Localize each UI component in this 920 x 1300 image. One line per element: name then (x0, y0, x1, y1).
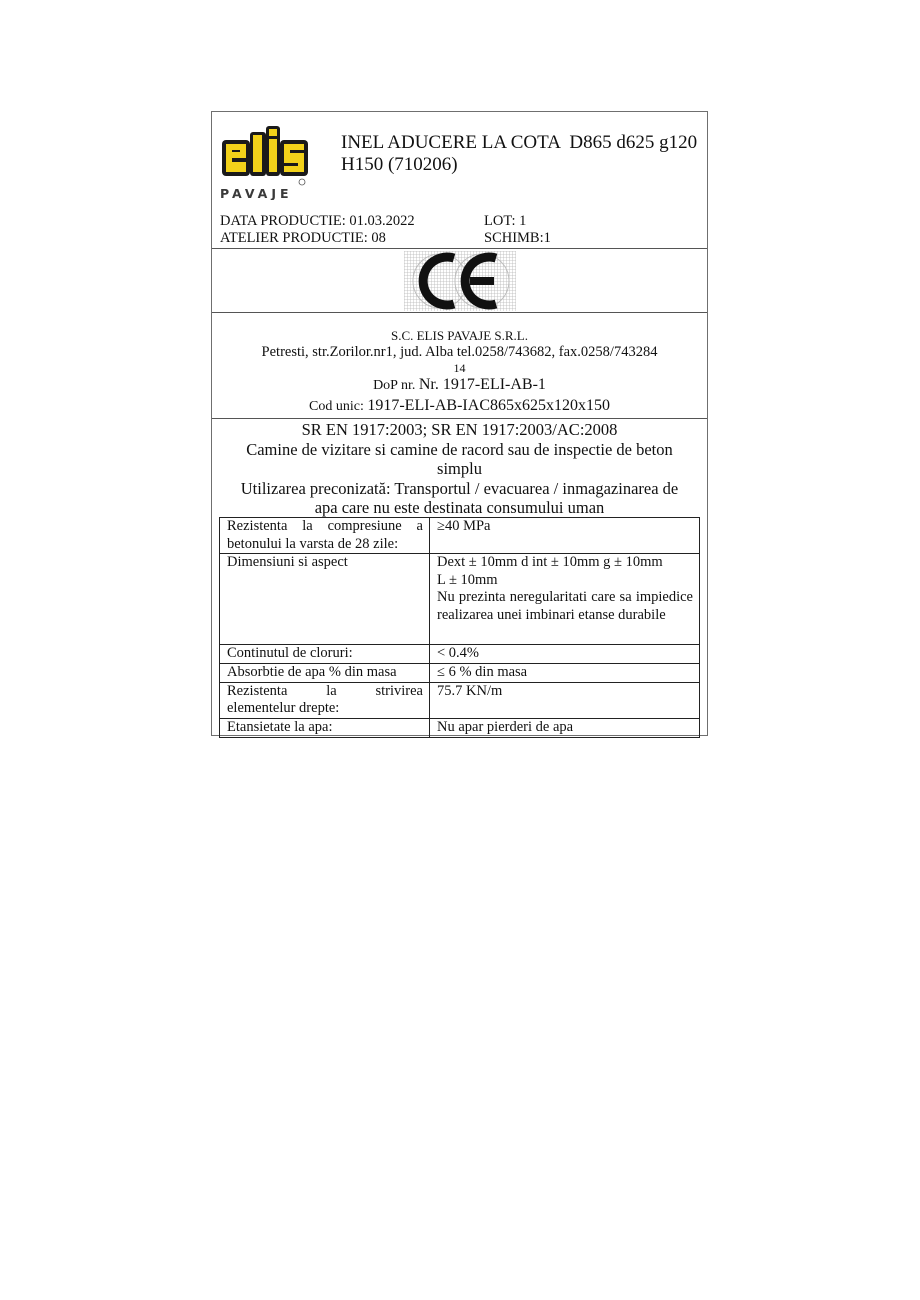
ce-mark (404, 251, 516, 311)
table-row: Rezistenta la strivirea elementelur drep… (220, 682, 700, 718)
property-value: < 0.4% (430, 645, 700, 664)
divider (212, 418, 707, 419)
table-row: Rezistenta la compresiune a betonului la… (220, 518, 700, 554)
property-value-line: Nu prezinta neregularitati care sa impie… (437, 589, 693, 624)
intended-use: Utilizarea preconizată: Transportul / ev… (212, 479, 707, 518)
properties-table: Rezistenta la compresiune a betonului la… (219, 517, 700, 738)
property-value-line: L ± 10mm (437, 572, 693, 590)
table-row: Dimensiuni si aspect Dext ± 10mm d int ±… (220, 554, 700, 645)
property-value: Dext ± 10mm d int ± 10mm g ± 10mm L ± 10… (430, 554, 700, 645)
company-year: 14 (212, 361, 707, 375)
standard-norms: SR EN 1917:2003; SR EN 1917:2003/AC:2008 (212, 420, 707, 440)
property-value: 75.7 KN/m (430, 682, 700, 718)
svg-text:PAVAJE: PAVAJE (220, 186, 293, 200)
property-value: ≥40 MPa (430, 518, 700, 554)
dop-number: DoP nr. Nr. 1917-ELI-AB-1 (212, 375, 707, 396)
product-title: INEL ADUCERE LA COTA D865 d625 g120 H150… (341, 132, 701, 176)
product-title-line1: INEL ADUCERE LA COTA D865 d625 g120 (341, 132, 701, 154)
product-label: PAVAJE INEL ADUCERE LA COTA D865 d625 g1… (211, 111, 708, 736)
property-value: ≤ 6 % din masa (430, 664, 700, 683)
property-key: Rezistenta la compresiune a betonului la… (220, 518, 430, 554)
production-date: DATA PRODUCTIE: 01.03.2022 (220, 213, 415, 230)
property-key: Continutul de cloruri: (220, 645, 430, 664)
property-key: Dimensiuni si aspect (220, 554, 430, 645)
unique-code: Cod unic: 1917-ELI-AB-IAC865x625x120x150 (212, 396, 707, 417)
code-prefix: Cod unic: (309, 399, 367, 414)
table-row: Absorbtie de apa % din masa ≤ 6 % din ma… (220, 664, 700, 683)
divider (212, 312, 707, 313)
code-value: 1917-ELI-AB-IAC865x625x120x150 (367, 397, 610, 414)
dop-value: Nr. 1917-ELI-AB-1 (419, 376, 546, 393)
shift-number: SCHIMB:1 (484, 230, 551, 247)
ce-mark-icon (404, 251, 516, 311)
dop-prefix: DoP nr. (373, 378, 419, 393)
product-title-line2: H150 (710206) (341, 154, 701, 176)
standard-description: Camine de vizitare si camine de racord s… (212, 440, 707, 479)
property-key: Etansietate la apa: (220, 718, 430, 737)
table-row: Etansietate la apa: Nu apar pierderi de … (220, 718, 700, 737)
property-value-line: Dext ± 10mm d int ± 10mm g ± 10mm (437, 554, 693, 572)
standard-info: SR EN 1917:2003; SR EN 1917:2003/AC:2008… (212, 420, 707, 518)
divider (212, 248, 707, 249)
company-address: Petresti, str.Zorilor.nr1, jud. Alba tel… (212, 344, 707, 361)
company-info: S.C. ELIS PAVAJE S.R.L. Petresti, str.Zo… (212, 327, 707, 417)
production-atelier: ATELIER PRODUCTIE: 08 (220, 230, 386, 247)
property-value: Nu apar pierderi de apa (430, 718, 700, 737)
elis-pavaje-logo: PAVAJE (220, 122, 310, 200)
elis-logo-icon: PAVAJE (220, 122, 310, 200)
lot-number: LOT: 1 (484, 213, 526, 230)
company-name: S.C. ELIS PAVAJE S.R.L. (212, 327, 707, 344)
property-key: Rezistenta la strivirea elementelur drep… (220, 682, 430, 718)
table-row: Continutul de cloruri: < 0.4% (220, 645, 700, 664)
property-key: Absorbtie de apa % din masa (220, 664, 430, 683)
